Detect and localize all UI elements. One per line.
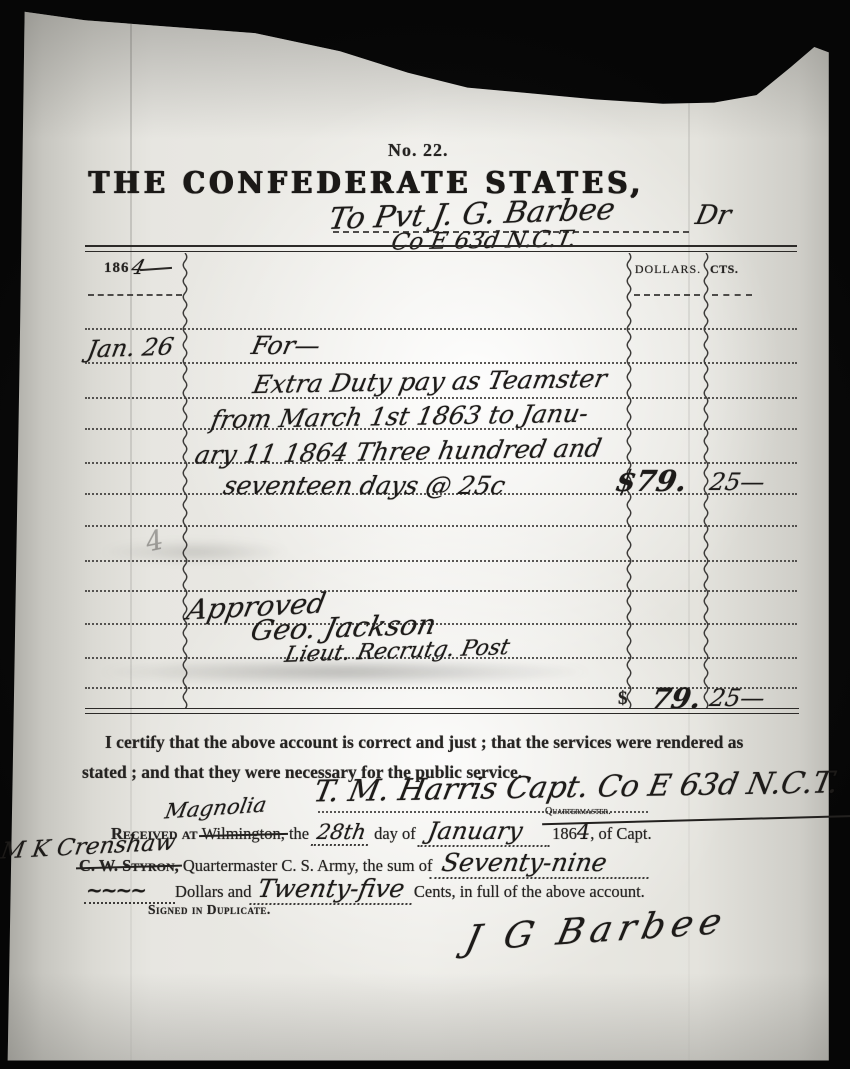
cts-column-header: CTS. [710,262,754,277]
ruled-line [85,362,797,364]
entry-amount-cents-handwritten: 25— [708,468,767,496]
cents-text-label: Cents, in full of the above account. [414,882,645,902]
day-of-label: day of [374,824,416,844]
total-currency-symbol: $ [618,688,628,710]
ruled-line [85,560,797,562]
dollars-cents-line: ~~~~ Dollars and Twenty-five Cents, in f… [84,874,724,905]
ruled-line [85,590,797,592]
table-year-printed: 186 [104,260,130,277]
dr-abbreviation-handwritten: Dr [693,200,734,231]
ditto-squiggle-handwritten: ~~~~ [84,878,175,904]
header-dash [88,294,182,296]
place-printed-struck: Wilmington, [202,824,285,844]
day-handwritten: 28th [311,820,372,846]
of-capt-label: , of Capt. [590,824,651,844]
year-handwritten: 4 [577,820,590,844]
ruled-line [85,397,797,399]
column-divider-wavy [181,253,189,708]
table-bottom-rule [85,708,799,714]
entry-date-handwritten: Jan. 26 [85,333,176,364]
certification-line: I certify that the above account is corr… [105,732,743,753]
cents-handwritten: Twenty-five [249,874,417,905]
entry-for-handwritten: For— [249,331,323,360]
qm-text-label: Quartermaster C. S. Army, the sum of [183,856,433,876]
ruled-line [85,328,797,330]
column-divider-wavy [702,253,710,708]
received-line: Received at Wilmington, the 28th day of … [111,817,761,847]
qm-name-printed-struck: C. W. Styron, [79,856,179,876]
header-dash [712,294,752,296]
dollars-and-label: Dollars and [175,882,252,902]
the-label: the [289,824,309,844]
dollars-column-header: DOLLARS. [630,262,706,277]
header-dash [634,294,700,296]
quartermaster-small-label: Quartermaster. [545,806,850,817]
year-printed-label: 186 [552,824,577,844]
entry-amount-dollars-handwritten: $79. [613,464,690,498]
entry-line-handwritten: seventeen days @ 25c [221,471,508,500]
ruled-line [85,525,797,527]
form-number: No. 22. [388,140,449,161]
month-handwritten: January [417,817,554,847]
scanned-voucher-page: No. 22. THE CONFEDERATE STATES, To Pvt J… [0,0,850,1069]
vertical-crease [130,0,132,1069]
signed-in-duplicate-label: Signed in Duplicate. [148,902,271,918]
table-top-rule [85,245,797,252]
